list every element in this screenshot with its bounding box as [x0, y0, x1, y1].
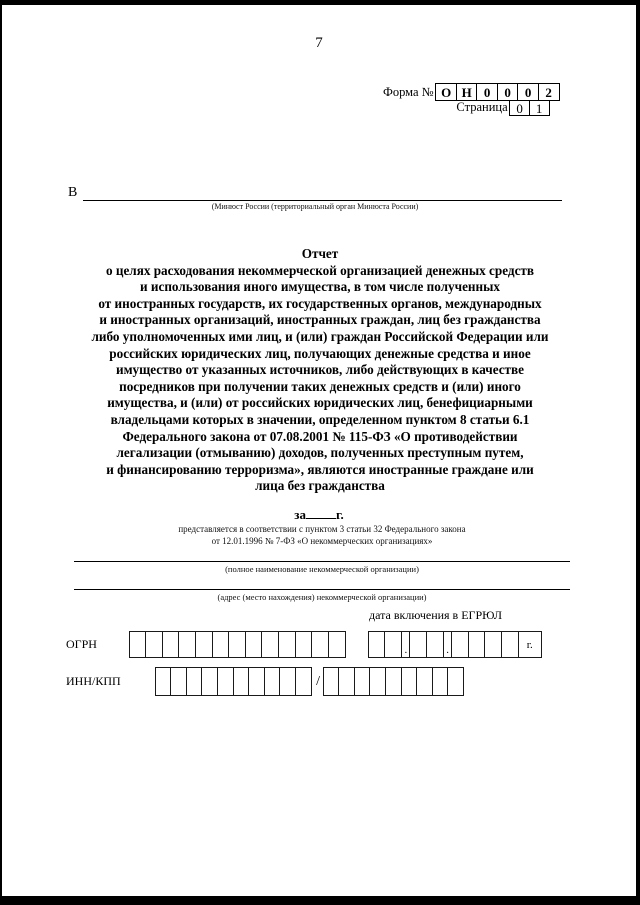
form-cell[interactable]	[369, 667, 386, 696]
form-cell[interactable]	[328, 631, 346, 658]
form-cell[interactable]	[432, 667, 449, 696]
kpp-cells	[324, 667, 464, 696]
form-cell[interactable]	[311, 631, 329, 658]
scanned-form-page: 7 Форма № ОН0002 Страница 01 В (Минюст Р…	[0, 0, 640, 905]
form-cell[interactable]	[233, 667, 250, 696]
title-line: легализации (отмыванию) доходов, получен…	[38, 445, 602, 462]
form-cell[interactable]	[170, 667, 187, 696]
form-cell[interactable]	[484, 631, 502, 658]
legal-basis-line: представляется в соответствии с пунктом …	[62, 524, 582, 536]
form-cell[interactable]	[354, 667, 371, 696]
form-cell[interactable]	[195, 631, 213, 658]
page-row: Страница 01	[383, 100, 550, 116]
form-cell[interactable]	[416, 667, 433, 696]
inn-kpp-label: ИНН/КПП	[66, 674, 156, 689]
form-cell[interactable]	[162, 631, 180, 658]
title-line: лица без гражданства	[38, 478, 602, 495]
form-number-label: Форма №	[383, 85, 437, 100]
form-cell: 1	[529, 100, 550, 116]
form-cell[interactable]	[323, 667, 340, 696]
form-cell[interactable]	[468, 631, 486, 658]
egrul-date-row: ..г.	[369, 631, 542, 658]
title-line: Отчет	[38, 246, 602, 263]
period-suffix: г.	[336, 507, 344, 522]
period-fill-line[interactable]	[306, 506, 336, 519]
report-title: Отчето целях расходования некоммерческой…	[38, 246, 602, 495]
org-address-field: (адрес (место нахождения) некоммерческой…	[74, 589, 570, 602]
form-cell[interactable]	[217, 667, 234, 696]
form-cell[interactable]	[245, 631, 263, 658]
form-cell: г.	[518, 631, 542, 658]
title-line: и использования иного имущества, в том ч…	[38, 279, 602, 296]
form-cell: О	[435, 83, 457, 101]
addressee-fill-line[interactable]	[83, 185, 562, 201]
org-address-fill-line[interactable]	[74, 589, 570, 591]
page-code-cells: 01	[511, 100, 550, 116]
ogrn-row: ОГРН	[66, 631, 346, 658]
org-name-caption: (полное наименование некоммерческой орга…	[74, 564, 570, 574]
form-cell[interactable]	[426, 631, 444, 658]
form-code-block: Форма № ОН0002 Страница 01	[383, 83, 560, 116]
addressee-prefix: В	[68, 185, 83, 201]
form-cell[interactable]	[338, 667, 355, 696]
form-cell[interactable]	[186, 667, 203, 696]
title-line: посредников при получении таких денежных…	[38, 379, 602, 396]
form-cell[interactable]	[178, 631, 196, 658]
inn-cells	[156, 667, 312, 696]
form-number-row: Форма № ОН0002	[383, 83, 560, 101]
ogrn-label: ОГРН	[66, 637, 130, 652]
report-period: заг.	[2, 506, 636, 523]
page-label: Страница	[456, 100, 510, 115]
title-line: Федерального закона от 07.08.2001 № 115-…	[38, 429, 602, 446]
title-line: о целях расходования некоммерческой орга…	[38, 263, 602, 280]
form-cell: 2	[538, 83, 560, 101]
org-name-fill-line[interactable]	[74, 561, 570, 563]
form-cell[interactable]	[201, 667, 218, 696]
form-cell[interactable]	[409, 631, 427, 658]
title-line: от иностранных государств, их государств…	[38, 296, 602, 313]
form-cell[interactable]	[261, 631, 279, 658]
form-cell: 0	[517, 83, 539, 101]
form-cell[interactable]	[401, 667, 418, 696]
org-name-field: (полное наименование некоммерческой орга…	[74, 561, 570, 574]
addressee-caption: (Минюст России (территориальный орган Ми…	[68, 202, 562, 211]
form-cell[interactable]	[295, 631, 313, 658]
ogrn-cells	[130, 631, 346, 658]
egrul-date-label: дата включения в ЕГРЮЛ	[369, 608, 502, 623]
form-code-cells: ОН0002	[437, 83, 560, 101]
form-cell[interactable]	[384, 631, 402, 658]
form-cell[interactable]	[129, 631, 147, 658]
title-line: владельцами которых в значении, определе…	[38, 412, 602, 429]
form-cell[interactable]	[145, 631, 163, 658]
form-cell[interactable]	[295, 667, 312, 696]
title-line: либо уполномоченных ими лиц, и (или) гра…	[38, 329, 602, 346]
page-number: 7	[2, 35, 636, 52]
title-line: имущество от указанных источников, либо …	[38, 362, 602, 379]
form-cell[interactable]	[155, 667, 172, 696]
form-cell: Н	[456, 83, 478, 101]
legal-basis-note: представляется в соответствии с пунктом …	[62, 524, 582, 547]
addressee-block: В (Минюст России (территориальный орган …	[68, 185, 562, 211]
title-line: российских юридических лиц, получающих д…	[38, 346, 602, 363]
form-cell[interactable]	[385, 667, 402, 696]
form-cell: 0	[497, 83, 519, 101]
form-cell[interactable]	[447, 667, 464, 696]
form-cell: 0	[476, 83, 498, 101]
form-cell[interactable]	[228, 631, 246, 658]
form-cell[interactable]	[368, 631, 386, 658]
form-cell[interactable]	[264, 667, 281, 696]
title-line: имущества, и (или) от российских юридиче…	[38, 395, 602, 412]
title-line: и финансированию терроризма», являются и…	[38, 462, 602, 479]
form-cell[interactable]	[279, 667, 296, 696]
form-cell[interactable]	[278, 631, 296, 658]
form-cell: 0	[509, 100, 530, 116]
period-prefix: за	[294, 507, 306, 522]
inn-kpp-row: ИНН/КПП /	[66, 667, 464, 696]
form-cell[interactable]	[501, 631, 519, 658]
form-cell[interactable]	[248, 667, 265, 696]
title-line: и иностранных организаций, иностранных г…	[38, 312, 602, 329]
form-cell[interactable]	[451, 631, 469, 658]
egrul-date-cells: ..г.	[369, 631, 542, 658]
legal-basis-line: от 12.01.1996 № 7-ФЗ «О некоммерческих о…	[62, 536, 582, 548]
form-cell[interactable]	[212, 631, 230, 658]
org-address-caption: (адрес (место нахождения) некоммерческой…	[74, 592, 570, 602]
